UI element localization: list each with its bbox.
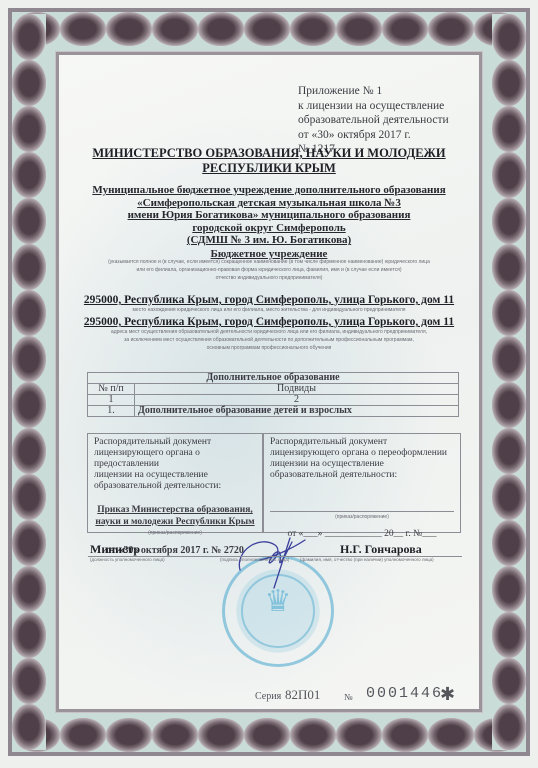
ministry-title-line: РЕСПУБЛИКИ КРЫМ [70,161,468,176]
issue-order-label: лицензирующего органа о предоставлении [94,448,256,470]
column-header-subtypes: Подвиды [135,384,459,395]
services-table-title: Дополнительное образование [88,373,459,384]
signer-position: Министр [90,542,140,557]
caption-line: за исключением мест осуществления образо… [70,336,468,344]
row-number: 1. [88,406,135,417]
column-index: 2 [135,395,459,406]
appendix-line: Приложение № 1 [298,84,449,99]
reissue-order-box: Распорядительный документ лицензирующего… [263,433,461,533]
organization-line: городской округ Симферополь [70,222,468,235]
ornament-border-top [14,12,524,46]
issue-order-label: Распорядительный документ [94,437,256,448]
blank-number-value: 0001446 [366,685,443,702]
caption-line: отчество индивидуального предпринимателя… [70,274,468,282]
asterisk-mark-icon: ✱ [440,684,455,705]
row-service-name: Дополнительное образование детей и взрос… [135,406,459,417]
organization-line: (СДМШ № 3 им. Ю. Богатикова) [70,234,468,247]
caption-line: адреса мест осуществления образовательно… [70,328,468,336]
organization-line: имени Юрия Богатикова» муниципального об… [70,209,468,222]
column-index: 1 [88,395,135,406]
organization-caption: (указывается полное и (в случае, если им… [70,258,468,282]
reissue-order-caption: (приказ/распоряжение) [270,512,454,523]
services-table: Дополнительное образование № п/п Подвиды… [87,372,459,417]
ornament-border-left [12,14,46,750]
appendix-line: от «30» октября 2017 г. [298,128,449,143]
appendix-line: образовательной деятельности [298,113,449,128]
issue-order-label: образовательной деятельности: [94,481,256,492]
series-label: Серия [255,691,281,702]
license-appendix-document: Приложение № 1 к лицензии на осуществлен… [0,0,538,768]
signer-name: Н.Г. Гончарова [340,542,422,557]
legal-address: 295000, Республика Крым, город Симферопо… [70,294,468,306]
caption-line: (указывается полное и (в случае, если им… [70,258,468,266]
reissue-order-label: Распорядительный документ [270,437,454,448]
series-value: 82П01 [285,687,320,703]
organization-name: Муниципальное бюджетное учреждение допол… [70,184,468,247]
ministry-title: МИНИСТЕРСТВО ОБРАЗОВАНИЯ, НАУКИ И МОЛОДЕ… [70,146,468,176]
ornament-border-bottom [14,718,524,752]
issue-order-title-line: науки и молодежи Республики Крым [94,516,256,528]
reissue-order-label: лицензии на осуществление [270,459,454,470]
issue-order-title-line: Приказ Министерства образования, [94,504,256,516]
ministry-title-line: МИНИСТЕРСТВО ОБРАЗОВАНИЯ, НАУКИ И МОЛОДЕ… [70,146,468,161]
column-header-number: № п/п [88,384,135,395]
blank-number-label: № [344,692,353,702]
reissue-order-label: лицензирующего органа о переоформлении [270,448,454,459]
issue-order-title: Приказ Министерства образования, науки и… [94,504,256,528]
issue-order-box: Распорядительный документ лицензирующего… [87,433,263,533]
organization-line: Муниципальное бюджетное учреждение допол… [70,184,468,197]
signer-position-caption: (должность уполномоченного лица) [90,557,165,562]
caption-line: основным программам профессионального об… [70,344,468,352]
reissue-order-blank [270,493,454,512]
table-row: 1. Дополнительное образование детей и вз… [88,406,459,417]
signature-caption: (подпись уполномоченного лица) [220,557,289,562]
reissue-order-label: образовательной деятельности: [270,470,454,481]
issue-order-label: лицензии на осуществление [94,470,256,481]
legal-address-caption: место нахождения юридического лица или е… [70,306,468,314]
signer-name-caption: (фамилия, имя, отчество (при наличии) уп… [300,557,434,562]
appendix-line: к лицензии на осуществление [298,99,449,114]
activity-address-caption: адреса мест осуществления образовательно… [70,328,468,352]
caption-line: или его филиала, организационно-правовая… [70,266,468,274]
ornament-border-right [492,14,526,750]
activity-address: 295000, Республика Крым, город Симферопо… [70,316,468,328]
organization-line: «Симферопольская детская музыкальная шко… [70,197,468,210]
